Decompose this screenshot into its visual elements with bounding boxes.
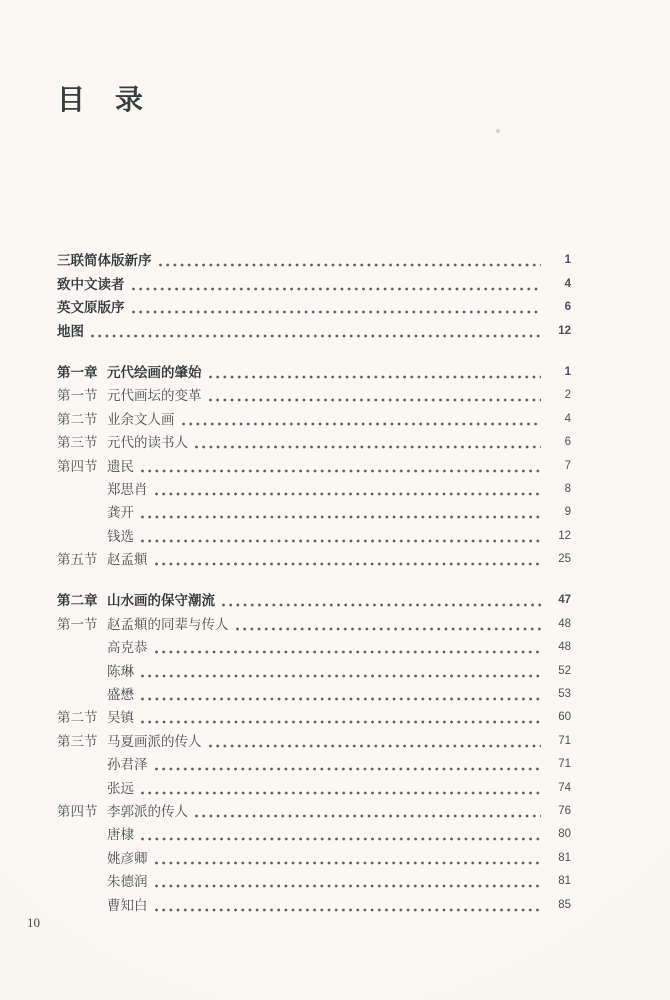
toc-row: 朱德润81 <box>57 868 571 891</box>
toc-row-title: 高克恭 <box>107 639 148 657</box>
toc-row: 第一节赵孟頫的同辈与传人48 <box>57 610 571 633</box>
dot-leader <box>91 334 541 338</box>
toc-row: 第二节吴镇60 <box>57 704 571 727</box>
toc-row-title: 元代绘画的肇始 <box>107 364 202 382</box>
toc-row-label: 第一章 <box>57 364 107 382</box>
toc-row-title: 赵孟頫的同辈与传人 <box>107 616 229 634</box>
dot-leader <box>209 375 542 379</box>
toc-row-title: 三联简体版新序 <box>57 252 152 270</box>
dot-leader <box>155 650 542 654</box>
toc-row-page: 1 <box>546 251 571 269</box>
dot-leader <box>141 791 541 795</box>
toc-row-title: 元代的读书人 <box>107 434 188 452</box>
dot-leader <box>155 861 542 865</box>
toc-row-page: 71 <box>546 755 571 773</box>
dot-leader <box>132 310 542 314</box>
dot-leader <box>141 674 541 678</box>
dot-leader <box>209 398 542 402</box>
dot-leader <box>155 884 542 888</box>
toc-row-page: 85 <box>546 896 571 914</box>
toc-row-label: 第五节 <box>57 551 107 569</box>
toc-row: 第二节业余文人画4 <box>57 405 571 428</box>
toc-row: 盛懋53 <box>57 681 571 704</box>
dot-leader <box>141 539 541 543</box>
toc-row-title: 业余文人画 <box>107 411 175 429</box>
toc-row: 钱选12 <box>57 522 571 545</box>
toc-row-label: 第四节 <box>57 458 107 476</box>
toc-row-page: 81 <box>546 872 571 890</box>
toc-section-chapter-2: 第二章山水画的保守潮流47第一节赵孟頫的同辈与传人48高克恭48陈琳52盛懋53… <box>57 587 571 914</box>
toc-row-title: 孙君泽 <box>107 756 148 774</box>
dot-leader <box>195 445 541 449</box>
toc-row-page: 81 <box>546 849 571 867</box>
toc-row-page: 1 <box>546 363 571 381</box>
toc-row-page: 71 <box>546 732 571 750</box>
toc-section-chapter-1: 第一章元代绘画的肇始1第一节元代画坛的变革2第二节业余文人画4第三节元代的读书人… <box>57 359 571 570</box>
toc-row-page: 4 <box>546 410 571 428</box>
toc-row: 第三节马夏画派的传人71 <box>57 727 571 750</box>
toc-row: 三联简体版新序1 <box>57 247 571 270</box>
scan-speck <box>496 129 500 133</box>
toc-row: 第三节元代的读书人6 <box>57 429 571 452</box>
toc-row-title: 张远 <box>107 780 134 798</box>
dot-leader <box>132 287 542 291</box>
toc-row: 第一章元代绘画的肇始1 <box>57 359 571 382</box>
toc-row-title: 英文原版序 <box>57 299 125 317</box>
toc-row: 孙君泽71 <box>57 751 571 774</box>
toc-row: 第一节元代画坛的变革2 <box>57 382 571 405</box>
toc-row: 地图12 <box>57 317 571 340</box>
toc-row-page: 53 <box>546 685 571 703</box>
toc-row: 郑思肖8 <box>57 476 571 499</box>
toc-row-page: 12 <box>546 527 571 545</box>
toc-row-page: 4 <box>546 275 571 293</box>
dot-leader <box>141 837 541 841</box>
toc-row-title: 李郭派的传人 <box>107 803 188 821</box>
toc-row: 第五节赵孟頫25 <box>57 546 571 569</box>
toc-row-title: 曹知白 <box>107 897 148 915</box>
toc-row-title: 马夏画派的传人 <box>107 733 202 751</box>
toc-row: 致中文读者4 <box>57 270 571 293</box>
dot-leader <box>182 422 542 426</box>
toc-row-title: 钱选 <box>107 528 134 546</box>
toc-row: 曹知白85 <box>57 891 571 914</box>
toc-row-label: 第三节 <box>57 434 107 452</box>
dot-leader <box>155 767 542 771</box>
dot-leader <box>141 697 541 701</box>
toc-row: 第四节李郭派的传人76 <box>57 798 571 821</box>
toc-row-page: 74 <box>546 779 571 797</box>
toc-row: 第二章山水画的保守潮流47 <box>57 587 571 610</box>
toc-row-page: 80 <box>546 825 571 843</box>
toc-row-page: 48 <box>546 638 571 656</box>
dot-leader <box>195 814 541 818</box>
toc-row-page: 52 <box>546 662 571 680</box>
dot-leader <box>222 603 541 607</box>
toc-row-title: 元代画坛的变革 <box>107 387 202 405</box>
dot-leader <box>155 908 542 912</box>
toc-row-label: 第三节 <box>57 733 107 751</box>
page-title: 目 录 <box>57 78 144 118</box>
toc-row-title: 陈琳 <box>107 663 134 681</box>
toc-row-page: 9 <box>546 503 571 521</box>
toc-row-page: 6 <box>546 298 571 316</box>
toc-row-title: 地图 <box>57 323 84 341</box>
toc-row-title: 朱德润 <box>107 873 148 891</box>
toc-row-page: 6 <box>546 433 571 451</box>
toc-row-page: 8 <box>546 480 571 498</box>
toc-row-page: 2 <box>546 386 571 404</box>
dot-leader <box>141 515 541 519</box>
toc-row-label: 第二章 <box>57 592 107 610</box>
toc-row-label: 第四节 <box>57 803 107 821</box>
toc-row-title: 致中文读者 <box>57 276 125 294</box>
toc-row: 高克恭48 <box>57 634 571 657</box>
toc-row-title: 郑思肖 <box>107 481 148 499</box>
toc: 三联简体版新序1致中文读者4英文原版序6地图12第一章元代绘画的肇始1第一节元代… <box>57 247 571 915</box>
toc-row: 陈琳52 <box>57 657 571 680</box>
toc-row-title: 龚开 <box>107 504 134 522</box>
toc-row-label: 第一节 <box>57 387 107 405</box>
dot-leader <box>155 492 542 496</box>
dot-leader <box>236 627 542 631</box>
toc-row-label: 第二节 <box>57 709 107 727</box>
toc-row: 龚开9 <box>57 499 571 522</box>
toc-row-title: 山水画的保守潮流 <box>107 592 215 610</box>
toc-row-page: 76 <box>546 802 571 820</box>
folio-page-number: 10 <box>27 915 40 931</box>
toc-row-page: 48 <box>546 615 571 633</box>
toc-row-label: 第一节 <box>57 616 107 634</box>
toc-row: 第四节遗民7 <box>57 452 571 475</box>
dot-leader <box>209 744 542 748</box>
toc-row-page: 12 <box>546 322 571 340</box>
toc-row-page: 60 <box>546 708 571 726</box>
toc-row-title: 唐棣 <box>107 826 134 844</box>
toc-row-title: 姚彦卿 <box>107 850 148 868</box>
toc-row-title: 盛懋 <box>107 686 134 704</box>
dot-leader <box>155 562 542 566</box>
toc-row-title: 吴镇 <box>107 709 134 727</box>
toc-row-page: 25 <box>546 550 571 568</box>
toc-row-title: 遗民 <box>107 458 134 476</box>
toc-row-page: 47 <box>546 591 571 609</box>
toc-row: 张远74 <box>57 774 571 797</box>
toc-row: 姚彦卿81 <box>57 844 571 867</box>
toc-row: 唐棣80 <box>57 821 571 844</box>
toc-section-front-matter: 三联简体版新序1致中文读者4英文原版序6地图12 <box>57 247 571 341</box>
dot-leader <box>141 469 541 473</box>
dot-leader <box>159 263 542 267</box>
dot-leader <box>141 720 541 724</box>
toc-row-label: 第二节 <box>57 411 107 429</box>
toc-row-title: 赵孟頫 <box>107 551 148 569</box>
toc-row: 英文原版序6 <box>57 294 571 317</box>
toc-row-page: 7 <box>546 457 571 475</box>
